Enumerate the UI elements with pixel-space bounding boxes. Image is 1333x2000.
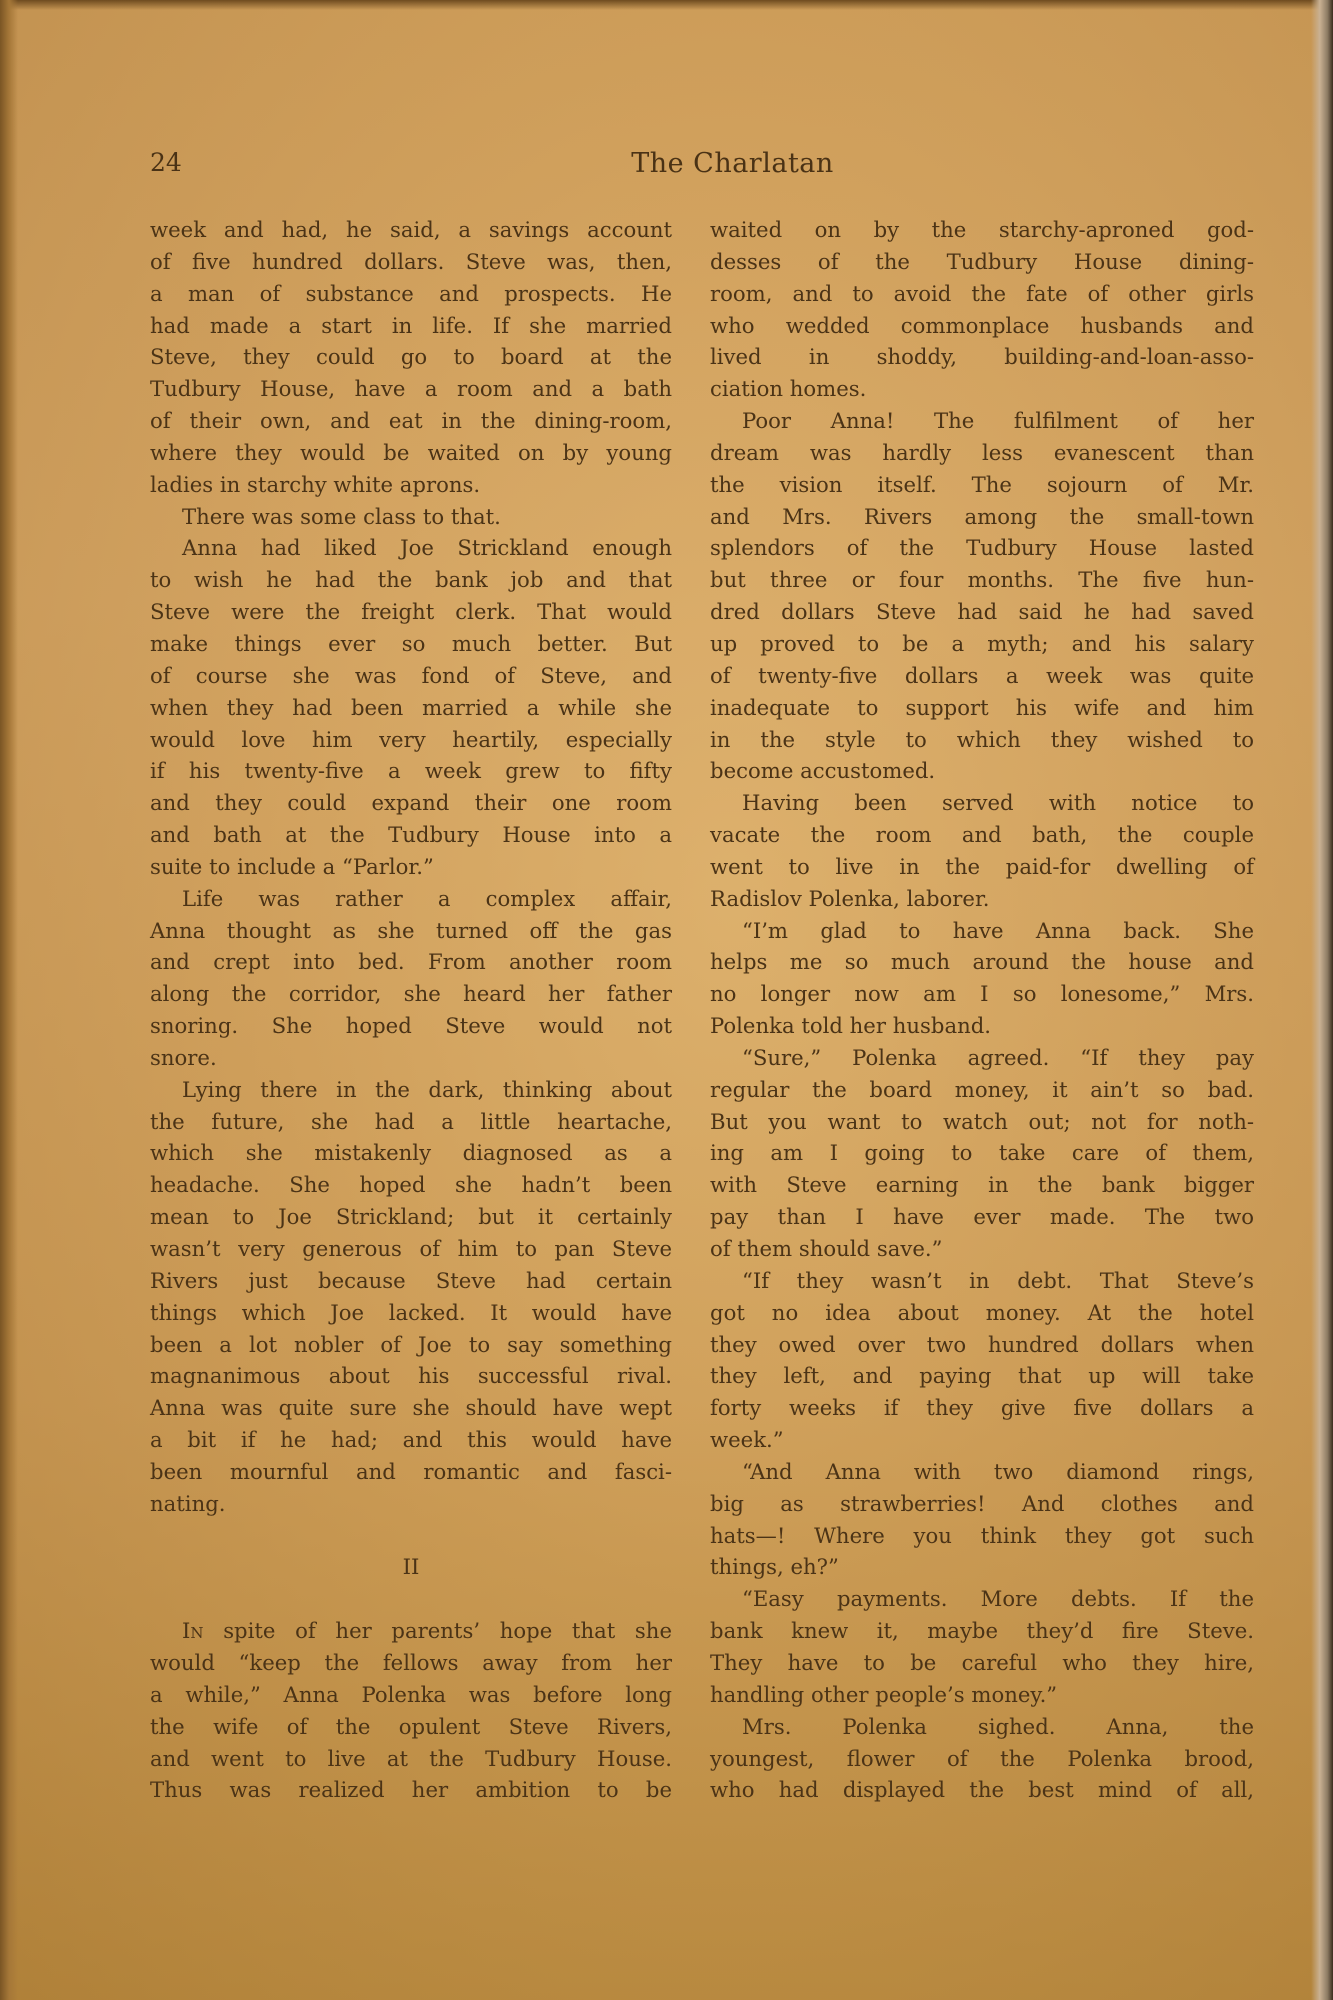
text-line: Thus was realized her ambition to be	[150, 1774, 672, 1806]
text-line: Rivers just because Steve had certain	[150, 1265, 672, 1297]
left-column: week and had, he said, a savings account…	[150, 214, 672, 1806]
spacer	[150, 1583, 672, 1615]
text-line: of course she was fond of Steve, and	[150, 660, 672, 692]
text-line: a man of substance and prospects. He	[150, 278, 672, 310]
text-line: been a lot nobler of Joe to say somethin…	[150, 1329, 672, 1361]
text-line: of their own, and eat in the dining-room…	[150, 405, 672, 437]
text-line: who had displayed the best mind of all,	[710, 1774, 1254, 1806]
text-line: week and had, he said, a savings account	[150, 214, 672, 246]
text-line: to wish he had the bank job and that	[150, 564, 672, 596]
text-line: and went to live at the Tudbury House.	[150, 1743, 672, 1775]
page-header: 24 The Charlatan	[150, 148, 1260, 188]
page-right-edge	[1311, 0, 1333, 2000]
text-line: lived in shoddy, building-and-loan-asso-	[710, 341, 1254, 373]
text-line: “And Anna with two diamond rings,	[710, 1456, 1254, 1488]
text-line: and they could expand their one room	[150, 787, 672, 819]
section-opening-line: In spite of her parents’ hope that she	[150, 1615, 672, 1647]
text-line: forty weeks if they give five dollars a	[710, 1392, 1254, 1424]
text-line: would “keep the fellows away from her	[150, 1647, 672, 1679]
text-line: nating.	[150, 1488, 672, 1520]
text-line: Anna had liked Joe Strickland enough	[150, 532, 672, 564]
section-heading: II	[150, 1551, 672, 1583]
text-line: Mrs. Polenka sighed. Anna, the	[710, 1711, 1254, 1743]
text-line: There was some class to that.	[150, 501, 672, 533]
text-line: bank knew it, maybe they’d fire Steve.	[710, 1615, 1254, 1647]
text-line: splendors of the Tudbury House lasted	[710, 532, 1254, 564]
text-line: vacate the room and bath, the couple	[710, 819, 1254, 851]
text-line: helps me so much around the house and	[710, 946, 1254, 978]
text-line: inadequate to support his wife and him	[710, 692, 1254, 724]
text-line: Steve, they could go to board at the	[150, 341, 672, 373]
text-line: of them should save.”	[710, 1233, 1254, 1265]
text-line: room, and to avoid the fate of other gir…	[710, 278, 1254, 310]
text-line: Steve were the freight clerk. That would	[150, 596, 672, 628]
text-line: with Steve earning in the bank bigger	[710, 1169, 1254, 1201]
right-column-text: waited on by the starchy-aproned god-des…	[710, 214, 1254, 1806]
text-line: no longer now am I so lonesome,” Mrs.	[710, 978, 1254, 1010]
text-line: Poor Anna! The fulfilment of her	[710, 405, 1254, 437]
text-line: a bit if he had; and this would have	[150, 1424, 672, 1456]
text-line: Polenka told her husband.	[710, 1010, 1254, 1042]
text-line: Having been served with notice to	[710, 787, 1254, 819]
section-dropcap-word: In	[182, 1618, 204, 1643]
text-line: Lying there in the dark, thinking about	[150, 1074, 672, 1106]
page-top-edge	[0, 0, 1333, 10]
text-line: magnanimous about his successful rival.	[150, 1360, 672, 1392]
text-line: make things ever so much better. But	[150, 628, 672, 660]
text-line: things, eh?”	[710, 1551, 1254, 1583]
text-line: went to live in the paid-for dwelling of	[710, 851, 1254, 883]
text-line: been mournful and romantic and fasci-	[150, 1456, 672, 1488]
text-line: headache. She hoped she hadn’t been	[150, 1169, 672, 1201]
text-line: “If they wasn’t in debt. That Steve’s	[710, 1265, 1254, 1297]
text-line: waited on by the starchy-aproned god-	[710, 214, 1254, 246]
text-line: where they would be waited on by young	[150, 437, 672, 469]
text-line: along the corridor, she heard her father	[150, 978, 672, 1010]
text-line: But you want to watch out; not for noth-	[710, 1106, 1254, 1138]
text-line: they left, and paying that up will take	[710, 1360, 1254, 1392]
text-line: Tudbury House, have a room and a bath	[150, 373, 672, 405]
text-line: desses of the Tudbury House dining-	[710, 246, 1254, 278]
right-column: waited on by the starchy-aproned god-des…	[710, 214, 1254, 1806]
book-page: 24 The Charlatan week and had, he said, …	[0, 0, 1333, 2000]
text-line: dream was hardly less evanescent than	[710, 437, 1254, 469]
text-line: regular the board money, it ain’t so bad…	[710, 1074, 1254, 1106]
text-line: in the style to which they wished to	[710, 724, 1254, 756]
text-line: but three or four months. The five hun-	[710, 564, 1254, 596]
text-line: which she mistakenly diagnosed as a	[150, 1137, 672, 1169]
text-line: of twenty-five dollars a week was quite	[710, 660, 1254, 692]
text-line: big as strawberries! And clothes and	[710, 1488, 1254, 1520]
page-left-edge	[0, 0, 18, 2000]
text-line: snoring. She hoped Steve would not	[150, 1010, 672, 1042]
text-line: “Easy payments. More debts. If the	[710, 1583, 1254, 1615]
text-line: Anna was quite sure she should have wept	[150, 1392, 672, 1424]
running-title: The Charlatan	[150, 148, 1260, 179]
text-line: snore.	[150, 1042, 672, 1074]
text-line: ciation homes.	[710, 373, 1254, 405]
text-line: the future, she had a little heartache,	[150, 1106, 672, 1138]
left-column-text-continued: would “keep the fellows away from hera w…	[150, 1647, 672, 1806]
text-line: would love him very heartily, especially	[150, 724, 672, 756]
text-line: become accustomed.	[710, 755, 1254, 787]
text-line: got no idea about money. At the hotel	[710, 1297, 1254, 1329]
text-line: a while,” Anna Polenka was before long	[150, 1679, 672, 1711]
left-column-text: week and had, he said, a savings account…	[150, 214, 672, 1520]
text-line: ladies in starchy white aprons.	[150, 469, 672, 501]
text-line: who wedded commonplace husbands and	[710, 310, 1254, 342]
text-line: the wife of the opulent Steve Rivers,	[150, 1711, 672, 1743]
text-line: wasn’t very generous of him to pan Steve	[150, 1233, 672, 1265]
text-line: dred dollars Steve had said he had saved	[710, 596, 1254, 628]
text-line: and bath at the Tudbury House into a	[150, 819, 672, 851]
text-line: had made a start in life. If she married	[150, 310, 672, 342]
text-line: when they had been married a while she	[150, 692, 672, 724]
text-line: youngest, flower of the Polenka brood,	[710, 1743, 1254, 1775]
text-line: ing am I going to take care of them,	[710, 1137, 1254, 1169]
text-line: suite to include a “Parlor.”	[150, 851, 672, 883]
text-line: up proved to be a myth; and his salary	[710, 628, 1254, 660]
text-line: week.”	[710, 1424, 1254, 1456]
text-line: things which Joe lacked. It would have	[150, 1297, 672, 1329]
text-line: Life was rather a complex affair,	[150, 883, 672, 915]
text-line: They have to be careful who they hire,	[710, 1647, 1254, 1679]
text-line: of five hundred dollars. Steve was, then…	[150, 246, 672, 278]
section-opening-rest: spite of her parents’ hope that she	[204, 1618, 673, 1643]
text-line: hats—! Where you think they got such	[710, 1520, 1254, 1552]
text-line: “Sure,” Polenka agreed. “If they pay	[710, 1042, 1254, 1074]
text-line: and Mrs. Rivers among the small-town	[710, 501, 1254, 533]
text-line: “I’m glad to have Anna back. She	[710, 915, 1254, 947]
text-line: mean to Joe Strickland; but it certainly	[150, 1201, 672, 1233]
text-line: and crept into bed. From another room	[150, 946, 672, 978]
text-line: pay than I have ever made. The two	[710, 1201, 1254, 1233]
spacer	[150, 1520, 672, 1552]
text-line: if his twenty-five a week grew to fifty	[150, 755, 672, 787]
text-line: Radislov Polenka, laborer.	[710, 883, 1254, 915]
text-line: they owed over two hundred dollars when	[710, 1329, 1254, 1361]
text-line: Anna thought as she turned off the gas	[150, 915, 672, 947]
text-line: the vision itself. The sojourn of Mr.	[710, 469, 1254, 501]
text-line: handling other people’s money.”	[710, 1679, 1254, 1711]
